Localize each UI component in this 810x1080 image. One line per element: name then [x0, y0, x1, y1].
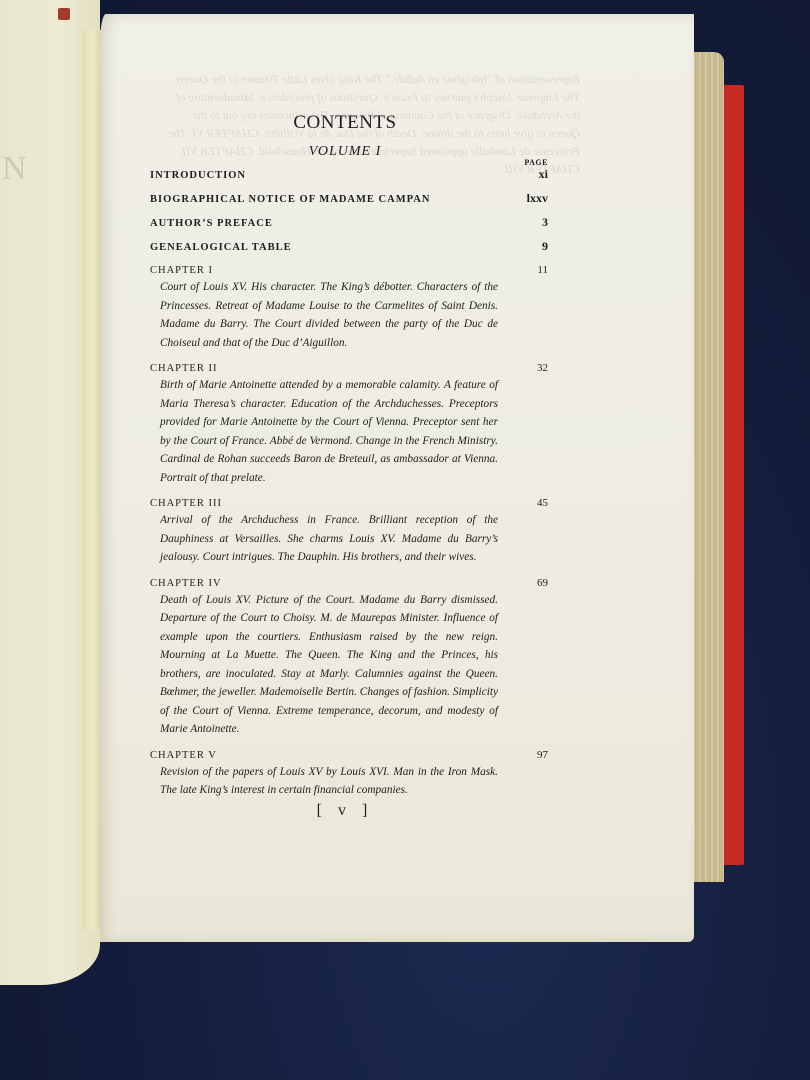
toc-entry-authors-preface[interactable]: AUTHOR’S PREFACE 3: [150, 215, 540, 230]
entry-page: 9: [542, 239, 548, 254]
table-of-contents: CONTENTS VOLUME I PAGE INTRODUCTION xi B…: [150, 112, 540, 820]
chapter-summary: Death of Louis XV. Picture of the Court.…: [160, 591, 498, 739]
chapter-label: CHAPTER II: [150, 363, 217, 374]
chapter-label: CHAPTER I: [150, 265, 213, 276]
toc-chapter-3[interactable]: CHAPTER III 45 Arrival of the Archduches…: [150, 497, 540, 567]
chapter-summary: Birth of Marie Antoinette attended by a …: [160, 376, 498, 487]
toc-entry-introduction[interactable]: INTRODUCTION xi: [150, 167, 540, 182]
chapter-page: 45: [537, 497, 548, 509]
chapter-page: 32: [537, 362, 548, 374]
chapter-label: CHAPTER III: [150, 498, 222, 509]
book-cover-edge: [722, 85, 744, 865]
bookmark-ribbon: [58, 8, 70, 20]
chapter-summary: Court of Louis XV. His character. The Ki…: [160, 278, 498, 352]
entry-page: 3: [542, 215, 548, 230]
chapter-label: CHAPTER IV: [150, 578, 222, 589]
entry-page: xi: [539, 167, 548, 182]
toc-chapter-2[interactable]: CHAPTER II 32 Birth of Marie Antoinette …: [150, 362, 540, 487]
toc-chapter-5[interactable]: CHAPTER V 97 Revision of the papers of L…: [150, 749, 540, 800]
entry-page: lxxv: [527, 191, 548, 206]
entry-label: INTRODUCTION: [150, 170, 246, 181]
chapter-label: CHAPTER V: [150, 750, 217, 761]
entry-label: GENEALOGICAL TABLE: [150, 242, 292, 253]
toc-chapter-1[interactable]: CHAPTER I 11 Court of Louis XV. His char…: [150, 264, 540, 352]
chapter-page: 69: [537, 577, 548, 589]
chapter-page: 11: [537, 264, 548, 276]
entry-label: BIOGRAPHICAL NOTICE OF MADAME CAMPAN: [150, 194, 430, 205]
toc-chapter-4[interactable]: CHAPTER IV 69 Death of Louis XV. Picture…: [150, 577, 540, 739]
chapter-page: 97: [537, 749, 548, 761]
chapter-summary: Revision of the papers of Louis XV by Lo…: [160, 763, 498, 800]
page-folio: [ v ]: [150, 802, 540, 820]
entry-label: AUTHOR’S PREFACE: [150, 218, 273, 229]
toc-entry-biographical-notice[interactable]: BIOGRAPHICAL NOTICE OF MADAME CAMPAN lxx…: [150, 191, 540, 206]
page-title: CONTENTS: [150, 112, 540, 134]
left-page-ghost-letter: N: [2, 150, 27, 188]
toc-entry-genealogical-table[interactable]: GENEALOGICAL TABLE 9: [150, 239, 540, 254]
chapter-summary: Arrival of the Archduchess in France. Br…: [160, 511, 498, 567]
